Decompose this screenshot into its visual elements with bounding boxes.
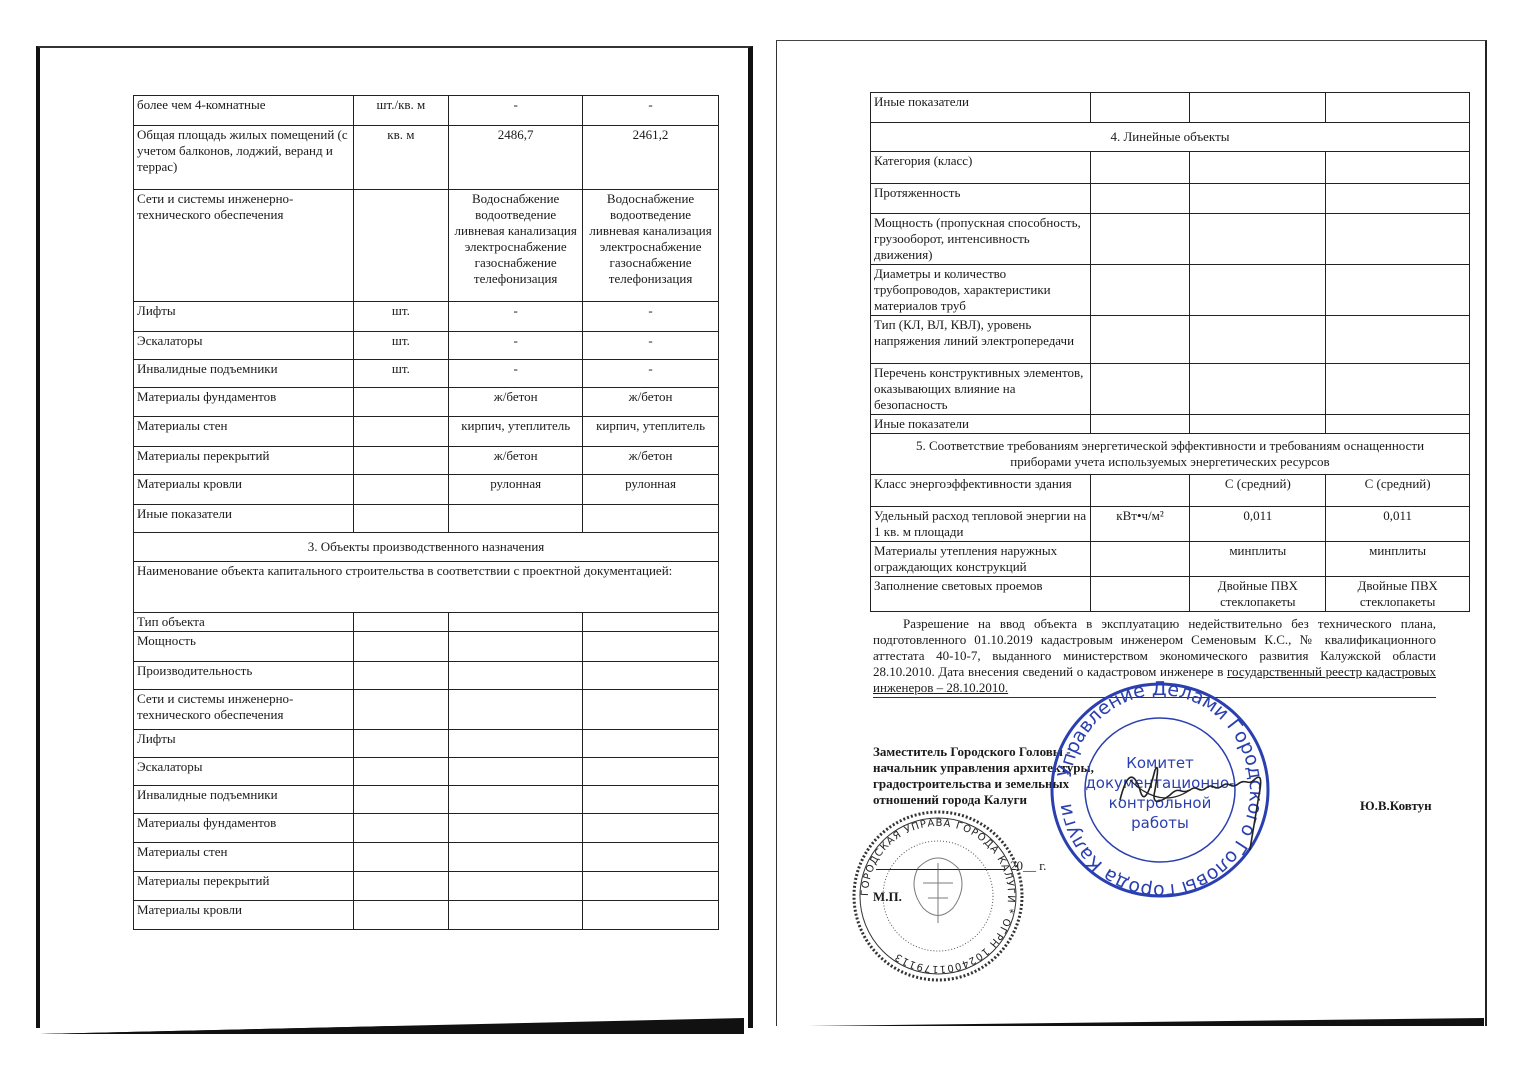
row-empty-cell: [1090, 415, 1190, 434]
row-label: Производительность: [134, 662, 354, 690]
row-unit: [353, 447, 449, 475]
row-empty-cell: [449, 814, 583, 843]
table-row: Сети и системы инженерно-технического об…: [134, 190, 719, 302]
row-empty-cell: [353, 786, 449, 814]
row-label: Лифты: [134, 730, 354, 758]
row-empty-cell: [1326, 184, 1470, 214]
row-value-actual: 0,011: [1326, 507, 1470, 542]
row-value-actual: -: [583, 332, 719, 360]
table-row: более чем 4-комнатныешт./кв. м--: [134, 96, 719, 126]
row-label: Материалы кровли: [134, 475, 354, 505]
row-label: Сети и системы инженерно-технического об…: [134, 690, 354, 730]
row-empty-cell: [583, 632, 719, 662]
table-row: Иные показатели: [871, 415, 1470, 434]
row-empty-cell: [1090, 364, 1190, 415]
row-empty-cell: [1090, 152, 1190, 184]
row-empty-cell: [1190, 152, 1326, 184]
row-value-actual: рулонная: [583, 475, 719, 505]
table-row: Эскалаторы: [134, 758, 719, 786]
row-unit: шт.: [353, 360, 449, 388]
table-row: Протяженность: [871, 184, 1470, 214]
row-empty-cell: [449, 786, 583, 814]
row-label: Материалы стен: [134, 843, 354, 872]
table-row: Общая площадь жилых помещений (с учетом …: [134, 126, 719, 190]
row-empty-cell: [1090, 316, 1190, 364]
row-empty-cell: [1326, 265, 1470, 316]
row-value-planned: ж/бетон: [449, 388, 583, 417]
row-label: Эскалаторы: [134, 332, 354, 360]
row-empty-cell: [1326, 316, 1470, 364]
row-label: Мощность (пропускная способность, грузоо…: [871, 214, 1091, 265]
row-empty-cell: [353, 843, 449, 872]
row-label: Материалы утепления наружных ограждающих…: [871, 542, 1091, 577]
section3-title: 3. Объекты производственного назначения: [134, 533, 719, 562]
signatory-title: Заместитель Городского Головы - начальни…: [873, 744, 1094, 808]
row-empty-cell: [449, 843, 583, 872]
technical-plan-note: Разрешение на ввод объекта в эксплуатаци…: [873, 616, 1436, 696]
row-value-actual: С (средний): [1326, 475, 1470, 507]
section3-name-row: Наименование объекта капитального строит…: [134, 562, 719, 613]
table-row: Материалы кровлирулоннаярулонная: [134, 475, 719, 505]
table-row: Мощность: [134, 632, 719, 662]
row-empty-cell: [449, 662, 583, 690]
row-value-planned: -: [449, 360, 583, 388]
row-label: Материалы перекрытий: [134, 447, 354, 475]
row-empty-cell: [583, 690, 719, 730]
row-label: Заполнение световых проемов: [871, 577, 1091, 612]
row-unit: шт.: [353, 302, 449, 332]
table-row: Лифтышт.--: [134, 302, 719, 332]
table-row: Тип (КЛ, ВЛ, КВЛ), уровень напряжения ли…: [871, 316, 1470, 364]
table-row: Материалы перекрытийж/бетонж/бетон: [134, 447, 719, 475]
table-row: Мощность (пропускная способность, грузоо…: [871, 214, 1470, 265]
row-empty-cell: [353, 632, 449, 662]
row-unit: шт.: [353, 332, 449, 360]
row-empty-cell: [449, 690, 583, 730]
table-row: Лифты: [134, 730, 719, 758]
row-label: Материалы фундаментов: [134, 388, 354, 417]
table-row: Инвалидные подъемникишт.--: [134, 360, 719, 388]
left-page-table: более чем 4-комнатныешт./кв. м--Общая пл…: [133, 95, 719, 930]
row-empty-cell: [583, 814, 719, 843]
row-value-planned: 0,011: [1190, 507, 1326, 542]
row-empty-cell: [353, 758, 449, 786]
row-label: Категория (класс): [871, 152, 1091, 184]
section5-header-row: 5. Соответствие требованиям энергетическ…: [871, 434, 1470, 475]
row-value-planned: -: [449, 302, 583, 332]
row-empty-cell: [1326, 364, 1470, 415]
row-empty-cell: [449, 872, 583, 901]
row-empty-cell: [449, 901, 583, 930]
row-label: Тип объекта: [134, 613, 354, 632]
row-unit: [353, 388, 449, 417]
row-empty-cell: [583, 613, 719, 632]
section3-name-label: Наименование объекта капитального строит…: [134, 562, 719, 613]
row-value-actual: ж/бетон: [583, 388, 719, 417]
section5-title: 5. Соответствие требованиям энергетическ…: [871, 434, 1470, 475]
row-empty-cell: [583, 730, 719, 758]
row-label: Сети и системы инженерно-технического об…: [134, 190, 354, 302]
row-value-planned: Двойные ПВХ стеклопакеты: [1190, 577, 1326, 612]
row-value-planned: 2486,7: [449, 126, 583, 190]
row-value-planned: -: [449, 96, 583, 126]
row-value-planned: рулонная: [449, 475, 583, 505]
row-value-planned: Водоснабжение водоотведение ливневая кан…: [449, 190, 583, 302]
row-value-actual: -: [583, 360, 719, 388]
table-row: Диаметры и количество трубопроводов, хар…: [871, 265, 1470, 316]
row-label: Инвалидные подъемники: [134, 786, 354, 814]
row-value-actual: 2461,2: [583, 126, 719, 190]
row-label: Инвалидные подъемники: [134, 360, 354, 388]
row-value-actual: -: [583, 96, 719, 126]
table-row: Категория (класс): [871, 152, 1470, 184]
table-row: Материалы перекрытий: [134, 872, 719, 901]
table-row: Материалы фундаментов: [134, 814, 719, 843]
row-label: Материалы фундаментов: [134, 814, 354, 843]
table-row: Материалы кровли: [134, 901, 719, 930]
row-empty-cell: [583, 786, 719, 814]
row-empty-cell: [449, 730, 583, 758]
row-label: Класс энергоэффективности здания: [871, 475, 1091, 507]
row-unit: кв. м: [353, 126, 449, 190]
row-value-actual: Двойные ПВХ стеклопакеты: [1326, 577, 1470, 612]
row-value-planned: С (средний): [1190, 475, 1326, 507]
row-value-planned: минплиты: [1190, 542, 1326, 577]
row-label: Тип (КЛ, ВЛ, КВЛ), уровень напряжения ли…: [871, 316, 1091, 364]
row-empty-cell: [583, 901, 719, 930]
row-label: Материалы перекрытий: [134, 872, 354, 901]
row-empty-cell: [1190, 214, 1326, 265]
table-row: Производительность: [134, 662, 719, 690]
row-label: Лифты: [134, 302, 354, 332]
table-row: Сети и системы инженерно-технического об…: [134, 690, 719, 730]
table-row: Материалы утепления наружных ограждающих…: [871, 542, 1470, 577]
row-empty-cell: [1090, 214, 1190, 265]
row-empty-cell: [353, 613, 449, 632]
row-unit: [353, 475, 449, 505]
row-empty-cell: [1190, 184, 1326, 214]
row-empty-cell: [583, 662, 719, 690]
table-row: Материалы фундаментовж/бетонж/бетон: [134, 388, 719, 417]
row-label: Мощность: [134, 632, 354, 662]
row-value-planned: ж/бетон: [449, 447, 583, 475]
row-empty-cell: [583, 872, 719, 901]
row-empty-cell: [1326, 214, 1470, 265]
row-empty-cell: [1326, 152, 1470, 184]
row-label: Диаметры и количество трубопроводов, хар…: [871, 265, 1091, 316]
table-row: Тип объекта: [134, 613, 719, 632]
row-unit: [1090, 542, 1190, 577]
divider: [873, 697, 1436, 698]
row-label: Перечень конструктивных элементов, оказы…: [871, 364, 1091, 415]
row-empty-cell: [583, 843, 719, 872]
table-row: Эскалаторышт.--: [134, 332, 719, 360]
row-label: более чем 4-комнатные: [134, 96, 354, 126]
row-label: Эскалаторы: [134, 758, 354, 786]
row-unit: [1090, 475, 1190, 507]
row-unit: [353, 505, 449, 533]
row-label: Общая площадь жилых помещений (с учетом …: [134, 126, 354, 190]
table-row: Класс энергоэффективности зданияС (средн…: [871, 475, 1470, 507]
signature-date: 20__ г.: [876, 858, 1046, 874]
row-label: Протяженность: [871, 184, 1091, 214]
row-empty-cell: [1190, 415, 1326, 434]
row-label: Удельный расход тепловой энергии на 1 кв…: [871, 507, 1091, 542]
row-value-planned: [449, 505, 583, 533]
row-unit: шт./кв. м: [353, 96, 449, 126]
row-empty-cell: [583, 758, 719, 786]
row-label: Иные показатели: [134, 505, 354, 533]
row-empty-cell: [1090, 184, 1190, 214]
row-value-actual: кирпич, утеплитель: [583, 417, 719, 447]
row-value-actual: минплиты: [1326, 542, 1470, 577]
row-empty-cell: [1190, 316, 1326, 364]
row-value-actual: ж/бетон: [583, 447, 719, 475]
row-label: Иные показатели: [871, 415, 1091, 434]
row-unit: кВт•ч/м²: [1090, 507, 1190, 542]
row-value-planned: -: [449, 332, 583, 360]
row-unit: [353, 417, 449, 447]
table-row: Перечень конструктивных элементов, оказы…: [871, 364, 1470, 415]
signatory-name: Ю.В.Ковтун: [1360, 798, 1432, 814]
row-empty-cell: [353, 730, 449, 758]
row-empty-cell: [353, 872, 449, 901]
table-row: Заполнение световых проемовДвойные ПВХ с…: [871, 577, 1470, 612]
row-empty-cell: [353, 690, 449, 730]
section4-title: 4. Линейные объекты: [871, 123, 1470, 152]
seal-placeholder-label: М.П.: [873, 889, 902, 905]
section3-header-row: 3. Объекты производственного назначения: [134, 533, 719, 562]
row-empty-cell: [1326, 415, 1470, 434]
table-row: Иные показатели: [871, 93, 1470, 123]
row-empty-cell: [353, 814, 449, 843]
row-label: Материалы стен: [134, 417, 354, 447]
row-value-actual: Водоснабжение водоотведение ливневая кан…: [583, 190, 719, 302]
row-empty-cell: [1190, 364, 1326, 415]
row-empty-cell: [353, 662, 449, 690]
row-value-actual: -: [583, 302, 719, 332]
table-row: Иные показатели: [134, 505, 719, 533]
row-unit: [353, 190, 449, 302]
row-empty-cell: [449, 613, 583, 632]
row-empty-cell: [449, 758, 583, 786]
row-label: Материалы кровли: [134, 901, 354, 930]
row-empty-cell: [449, 632, 583, 662]
table-row: Удельный расход тепловой энергии на 1 кв…: [871, 507, 1470, 542]
row-label: Иные показатели: [871, 93, 1091, 123]
row-value-actual: [583, 505, 719, 533]
table-row: Материалы стенкирпич, утеплителькирпич, …: [134, 417, 719, 447]
table-row: Материалы стен: [134, 843, 719, 872]
row-unit: [1090, 577, 1190, 612]
section4-header-row: 4. Линейные объекты: [871, 123, 1470, 152]
row-empty-cell: [353, 901, 449, 930]
row-value-planned: кирпич, утеплитель: [449, 417, 583, 447]
row-empty-cell: [1090, 265, 1190, 316]
table-row: Инвалидные подъемники: [134, 786, 719, 814]
right-page-table: Иные показатели 4. Линейные объекты Кате…: [870, 92, 1470, 612]
row-empty-cell: [1190, 265, 1326, 316]
